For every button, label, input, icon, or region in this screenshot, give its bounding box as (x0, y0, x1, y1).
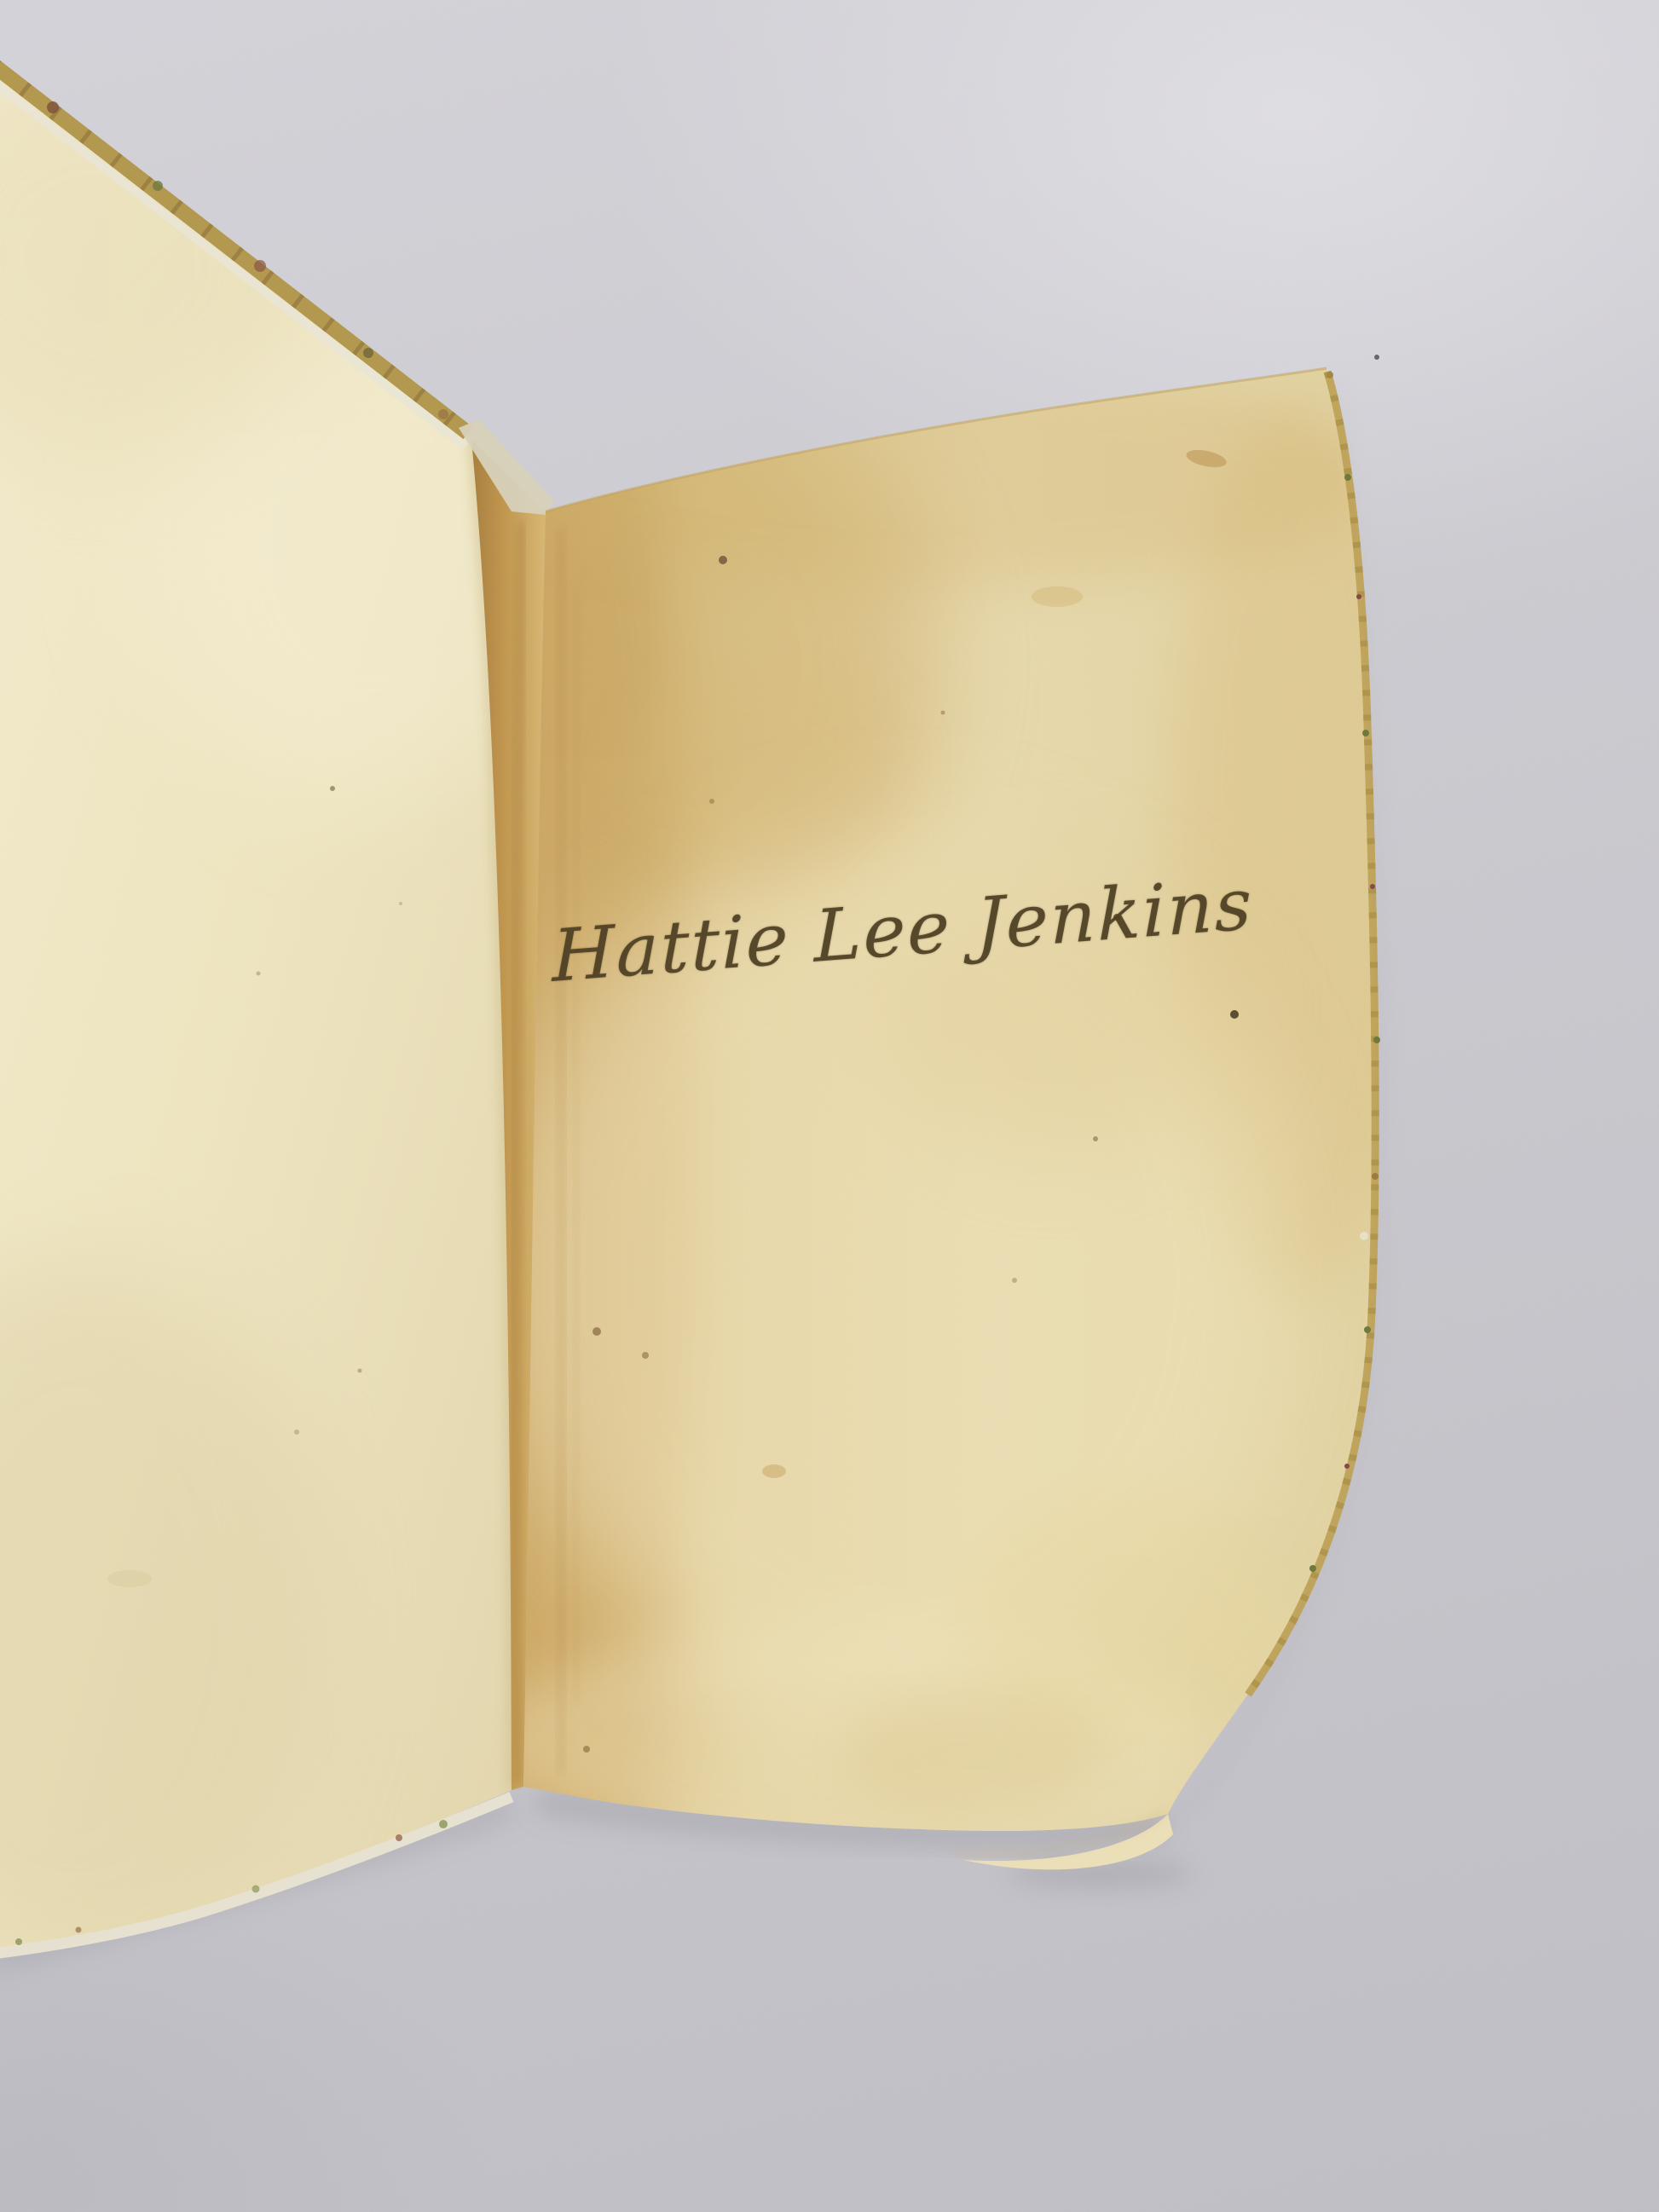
photo-scene: Hattie Lee Jenkins (0, 0, 1659, 2212)
book-photo (0, 0, 1659, 2212)
grain-texture (0, 0, 1659, 2212)
